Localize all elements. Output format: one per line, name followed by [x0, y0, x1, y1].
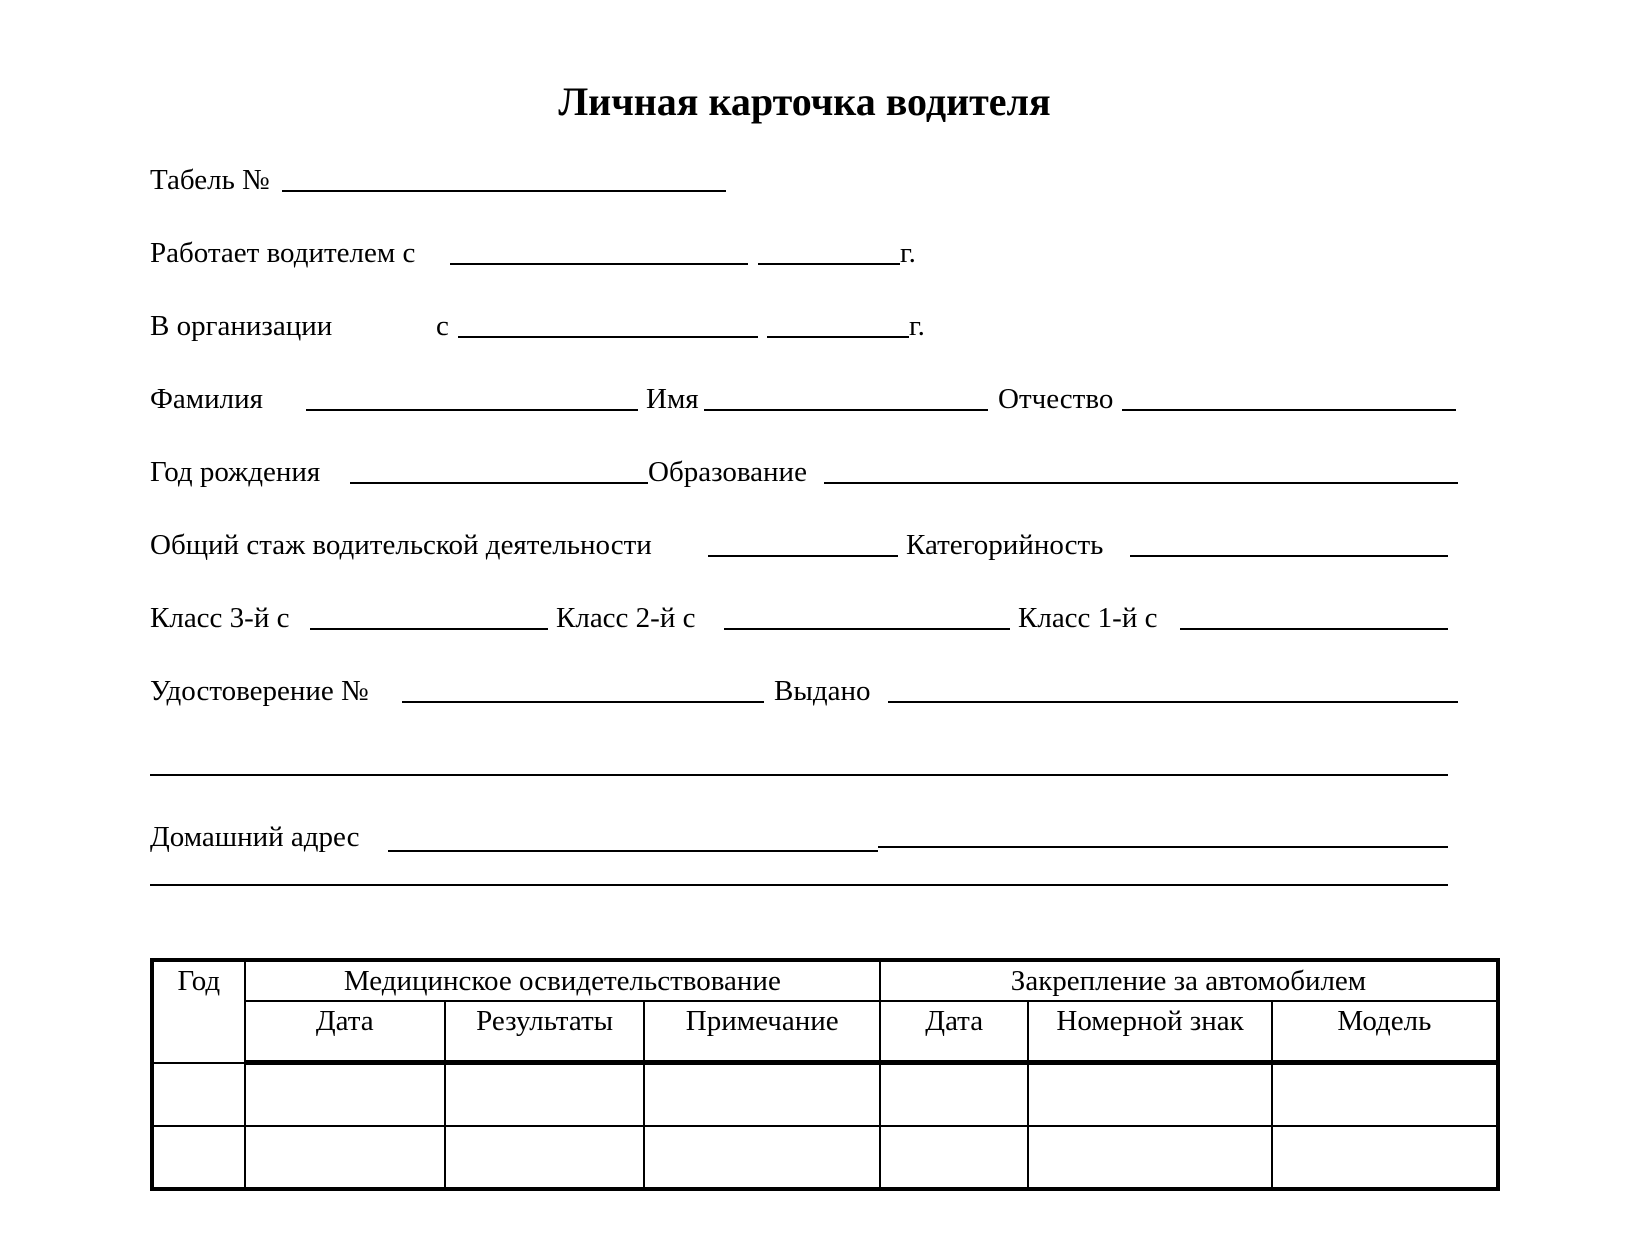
field-works-since: Работает водителем с г.	[150, 233, 1550, 273]
class2-input[interactable]	[724, 628, 1010, 630]
name-label: Имя	[646, 379, 699, 419]
patronymic-input[interactable]	[1122, 409, 1456, 411]
class1-input[interactable]	[1180, 628, 1448, 630]
issued-label: Выдано	[774, 671, 870, 711]
address-input[interactable]	[388, 850, 878, 852]
header-medical-results: Результаты	[445, 1001, 645, 1063]
field-experience-category: Общий стаж водительской деятельности Кат…	[150, 525, 1550, 565]
header-vehicle-date: Дата	[880, 1001, 1028, 1063]
table-cell[interactable]	[1272, 1126, 1498, 1189]
field-license: Удостоверение № Выдано	[150, 671, 1550, 711]
header-group-vehicle: Закрепление за автомобилем	[880, 960, 1498, 1001]
field-in-org: В организации с г.	[150, 306, 1550, 346]
address-label: Домашний адрес	[150, 817, 360, 857]
address-continuation-input[interactable]	[150, 884, 1448, 886]
table-cell[interactable]	[644, 1126, 880, 1189]
table-cell[interactable]	[152, 1126, 245, 1189]
category-label: Категорийность	[906, 525, 1103, 565]
experience-input[interactable]	[708, 555, 898, 557]
table-cell[interactable]	[1272, 1063, 1498, 1127]
table-cell[interactable]	[245, 1063, 445, 1127]
field-address: Домашний адрес	[150, 817, 1550, 857]
table-cell[interactable]	[880, 1126, 1028, 1189]
works-since-label: Работает водителем с	[150, 233, 415, 273]
header-year: Год	[152, 960, 245, 1063]
in-org-suffix: г.	[909, 306, 925, 346]
table-cell[interactable]	[152, 1063, 245, 1127]
license-input[interactable]	[402, 701, 764, 703]
works-since-date-input[interactable]	[450, 263, 748, 265]
table-cell[interactable]	[880, 1063, 1028, 1127]
surname-input[interactable]	[306, 409, 638, 411]
field-tabel: Табель №	[150, 160, 1550, 200]
field-classes: Класс 3-й с Класс 2-й с Класс 1-й с	[150, 598, 1550, 638]
name-input[interactable]	[704, 409, 988, 411]
class3-input[interactable]	[310, 628, 548, 630]
works-since-year-input[interactable]	[758, 263, 900, 265]
header-vehicle-model: Модель	[1272, 1001, 1498, 1063]
patronymic-label: Отчество	[998, 379, 1113, 419]
birth-year-input[interactable]	[350, 482, 648, 484]
table-cell[interactable]	[1028, 1063, 1271, 1127]
license-label: Удостоверение №	[150, 671, 369, 711]
table-cell[interactable]	[245, 1126, 445, 1189]
tabel-input[interactable]	[282, 190, 726, 192]
address-input-cont[interactable]	[878, 846, 1448, 848]
class2-label: Класс 2-й с	[556, 598, 695, 638]
tabel-label: Табель №	[150, 160, 270, 200]
education-input[interactable]	[824, 482, 1458, 484]
table-row	[152, 1126, 1498, 1189]
table-cell[interactable]	[1028, 1126, 1271, 1189]
header-medical-date: Дата	[245, 1001, 445, 1063]
in-org-label: В организации	[150, 306, 332, 346]
header-group-medical: Медицинское освидетельствование	[245, 960, 880, 1001]
field-fio: Фамилия Имя Отчество	[150, 379, 1550, 419]
education-label: Образование	[648, 452, 807, 492]
in-org-year-input[interactable]	[767, 336, 909, 338]
header-vehicle-plate: Номерной знак	[1028, 1001, 1271, 1063]
surname-label: Фамилия	[150, 379, 263, 419]
works-since-suffix: г.	[900, 233, 916, 273]
table-cell[interactable]	[445, 1063, 645, 1127]
records-table: Год Медицинское освидетельствование Закр…	[150, 958, 1500, 1191]
field-birth-education: Год рождения Образование	[150, 452, 1550, 492]
class1-label: Класс 1-й с	[1018, 598, 1157, 638]
table-cell[interactable]	[644, 1063, 880, 1127]
issued-input[interactable]	[888, 701, 1458, 703]
birth-year-label: Год рождения	[150, 452, 320, 492]
table-cell[interactable]	[445, 1126, 645, 1189]
page-title: Личная карточка водителя	[0, 78, 1609, 125]
table-row	[152, 1063, 1498, 1127]
issued-continuation-input[interactable]	[150, 774, 1448, 776]
header-medical-note: Примечание	[644, 1001, 880, 1063]
in-org-from-label: с	[436, 306, 449, 346]
category-input[interactable]	[1130, 555, 1448, 557]
class3-label: Класс 3-й с	[150, 598, 289, 638]
in-org-date-input[interactable]	[458, 336, 758, 338]
experience-label: Общий стаж водительской деятельности	[150, 525, 652, 565]
